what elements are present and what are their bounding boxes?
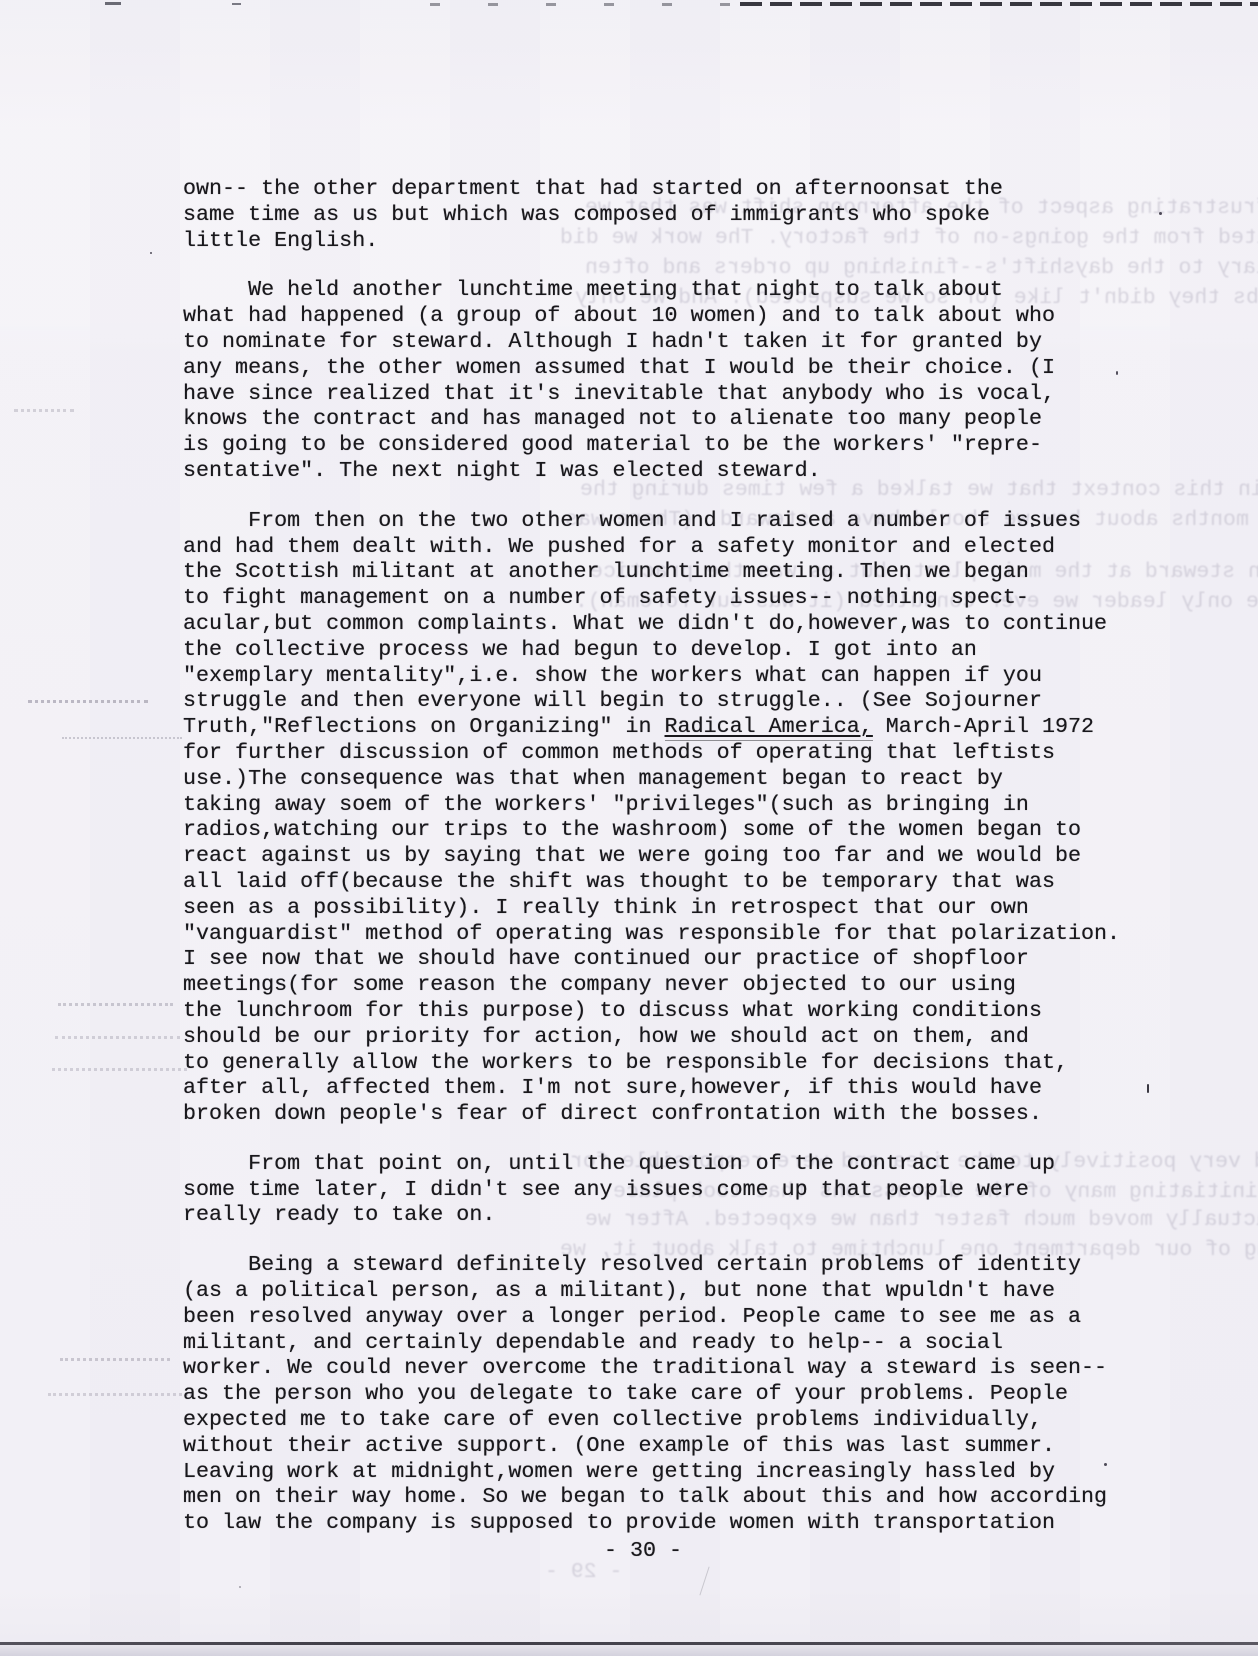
bleedthrough-line: - 29 - [545, 1560, 622, 1586]
text-line: same time as us but which was composed o… [183, 202, 1148, 228]
text-line: any means, the other women assumed that … [183, 355, 1148, 381]
scan-artifact-top-streak [740, 2, 1258, 6]
scan-artifact-margin-dots [48, 1393, 193, 1396]
text-line: been resolved anyway over a longer perio… [183, 1304, 1148, 1330]
text-line: have since realized that it's inevitable… [183, 381, 1148, 407]
text-line: sentative". The next night I was elected… [183, 458, 1148, 484]
text-line: the lunchroom for this purpose) to discu… [183, 998, 1148, 1024]
text-line: own-- the other department that had star… [183, 176, 1148, 202]
text-line: Leaving work at midnight,women were gett… [183, 1459, 1148, 1485]
text-line: the Scottish militant at another lunchti… [183, 559, 1148, 585]
text-line: seen as a possibility). I really think i… [183, 895, 1148, 921]
page-number: - 30 - [183, 1538, 1103, 1563]
scan-artifact-margin-dots [62, 737, 182, 739]
scan-artifact-margin-dots [14, 409, 74, 412]
scan-artifact-margin-dots [58, 1003, 173, 1006]
scan-artifact-margin-dots [28, 700, 148, 703]
text-line: expected me to take care of even collect… [183, 1407, 1148, 1433]
scan-artifact-speck [239, 1586, 241, 1588]
text-line: some time later, I didn't see any issues… [183, 1177, 1148, 1203]
text-line: after all, affected them. I'm not sure,h… [183, 1075, 1148, 1101]
text-line: (as a political person, as a militant), … [183, 1278, 1148, 1304]
scan-artifact-margin-dots [55, 1036, 180, 1039]
text-line: radios,watching our trips to the washroo… [183, 817, 1148, 843]
text-line: taking away soem of the workers' "privil… [183, 792, 1148, 818]
text-line: the collective process we had begun to d… [183, 637, 1148, 663]
text-line: is going to be considered good material … [183, 432, 1148, 458]
scan-artifact-top-streak [430, 3, 730, 6]
text-line: acular,but common complaints. What we di… [183, 611, 1148, 637]
underlined-citation: Radical America, [665, 714, 873, 741]
text-line: use.)The consequence was that when manag… [183, 766, 1148, 792]
text-line: militant, and certainly dependable and r… [183, 1330, 1148, 1356]
text-line: little English. [183, 228, 1148, 254]
scan-artifact-speck [150, 252, 152, 254]
text-line: as the person who you delegate to take c… [183, 1381, 1148, 1407]
scan-artifact-bottom-line [0, 1642, 1258, 1645]
text-line: "exemplary mentality",i.e. show the work… [183, 663, 1148, 689]
scan-artifact-crease [699, 1567, 709, 1596]
text-line: without their active support. (One examp… [183, 1433, 1148, 1459]
scan-artifact [232, 3, 241, 5]
scan-artifact-margin-dots [52, 1068, 187, 1071]
text-line: I see now that we should have continued … [183, 946, 1148, 972]
text-line: We held another lunchtime meeting that n… [183, 277, 1148, 303]
text-line: to law the company is supposed to provid… [183, 1510, 1148, 1536]
paragraph: We held another lunchtime meeting that n… [183, 277, 1148, 483]
text-line: Being a steward definitely resolved cert… [183, 1252, 1148, 1278]
text-line: should be our priority for action, how w… [183, 1024, 1148, 1050]
text-column: own-- the other department that had star… [183, 176, 1148, 1560]
text-line: worker. We could never overcome the trad… [183, 1355, 1148, 1381]
paragraph: From that point on, until the question o… [183, 1151, 1148, 1228]
text-line: struggle and then everyone will begin to… [183, 688, 1148, 714]
text-line: "vanguardist" method of operating was re… [183, 921, 1148, 947]
paragraph: From then on the two other women and I r… [183, 508, 1148, 1127]
text-line: what had happened (a group of about 10 w… [183, 303, 1148, 329]
text-line: react against us by saying that we were … [183, 843, 1148, 869]
text-line: all laid off(because the shift was thoug… [183, 869, 1148, 895]
text-line: Truth,"Reflections on Organizing" in Rad… [183, 714, 1148, 740]
text-line: meetings(for some reason the company nev… [183, 972, 1148, 998]
text-line: to fight management on a number of safet… [183, 585, 1148, 611]
paragraph: Being a steward definitely resolved cert… [183, 1252, 1148, 1536]
scan-artifact-speck [1159, 212, 1162, 215]
scan-artifact-margin-dots [60, 1358, 170, 1361]
text-line: From then on the two other women and I r… [183, 508, 1148, 534]
text-line: and had them dealt with. We pushed for a… [183, 534, 1148, 560]
text-line: men on their way home. So we began to ta… [183, 1484, 1148, 1510]
text-line: to generally allow the workers to be res… [183, 1050, 1148, 1076]
scan-artifact [105, 2, 121, 5]
scan-artifact-bottom-edge [0, 1645, 1258, 1656]
text-line: to nominate for steward. Although I hadn… [183, 329, 1148, 355]
paragraph: own-- the other department that had star… [183, 176, 1148, 253]
text-line: really ready to take on. [183, 1202, 1148, 1228]
text-line: for further discussion of common methods… [183, 740, 1148, 766]
text-line: From that point on, until the question o… [183, 1151, 1148, 1177]
text-line: knows the contract and has managed not t… [183, 406, 1148, 432]
text-line: broken down people's fear of direct conf… [183, 1101, 1148, 1127]
